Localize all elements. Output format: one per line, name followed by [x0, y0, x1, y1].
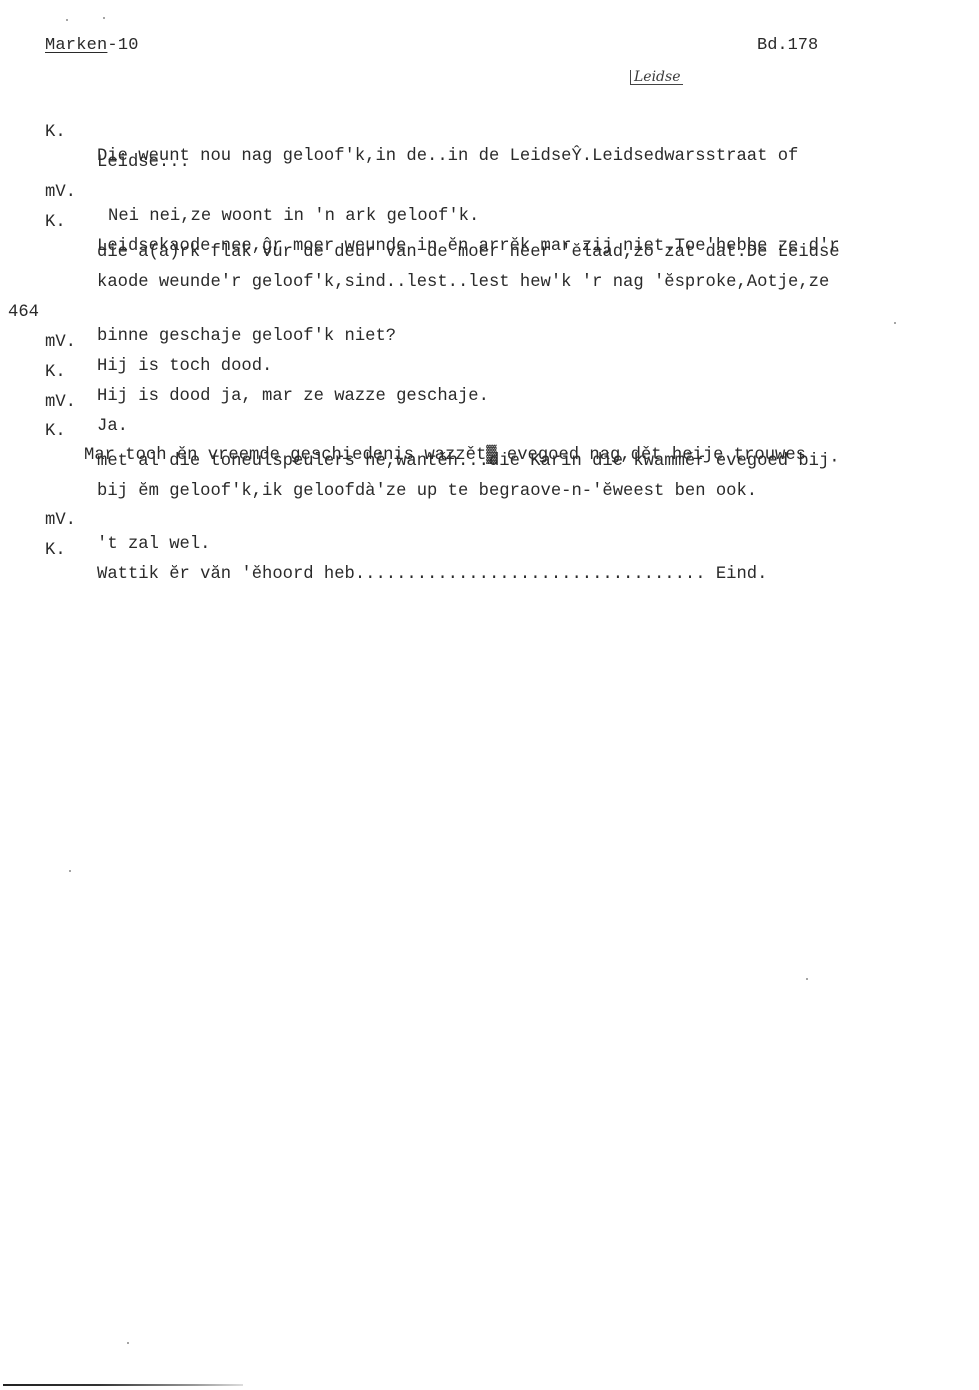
transcript-line: die a(a)rk flak vur de deur van de moer … — [0, 217, 41, 241]
scan-speck — [66, 19, 68, 21]
transcript-line: bij ĕm geloof'k,ik geloofdà'ze up te beg… — [0, 456, 41, 480]
title-suffix: -10 — [107, 36, 138, 55]
transcript-line: K. Mar toch ĕn vreemde geschiedenis wazz… — [0, 396, 41, 420]
scan-speck — [127, 1342, 129, 1344]
handwritten-correction: Leidse — [630, 70, 683, 85]
document-page: Marken-10 Bd.178 Leidse K. Die weunt nou… — [0, 0, 979, 1390]
line-text: Ja. — [97, 415, 128, 439]
transcript-line: mV. Nei nei,ze woont in 'n ark geloof'k. — [0, 157, 41, 181]
transcript-line: K. Wattik ĕr văn 'ĕhoord heb............… — [0, 515, 41, 539]
transcript-line: mV. Ja. — [0, 367, 41, 391]
transcript-line: 464 binne geschaje geloof'k niet? — [0, 277, 41, 301]
line-text: bij ĕm geloof'k,ik geloofdà'ze up te beg… — [97, 480, 757, 504]
line-text: 't zal wel. — [97, 533, 210, 557]
line-text: binne geschaje geloof'k niet? — [97, 325, 396, 349]
line-text: die a(a)rk flak vur de deur van de moer … — [97, 241, 840, 265]
transcript-line: met al die toneulspeulers hè,wantěh...di… — [0, 426, 41, 450]
transcript-line: mV. Hij is toch dood. — [0, 307, 41, 331]
transcript-line: Leidse... — [0, 127, 41, 151]
speaker-label: K. — [45, 420, 66, 444]
speaker-label: K. — [45, 211, 66, 235]
transcript-line: K. Leidsekaode nee,ĝr moer weunde in ĕn … — [0, 187, 41, 211]
line-text: Hij is toch dood. — [97, 355, 272, 379]
transcript-line: mV. 't zal wel. — [0, 485, 41, 509]
line-text: met al die toneulspeulers hè,wantěh...di… — [97, 450, 840, 474]
line-text: kaode weunde'r geloof'k,sind..lest..lest… — [97, 271, 829, 295]
footer-rule — [3, 1384, 243, 1386]
speaker-label: mV. — [45, 181, 76, 205]
title-underlined: Marken — [45, 36, 107, 55]
scan-speck — [806, 978, 808, 980]
transcript-line: K. Hij is dood ja, mar ze wazze geschaje… — [0, 337, 41, 361]
speaker-label: mV. — [45, 391, 76, 415]
transcript-line: kaode weunde'r geloof'k,sind..lest..lest… — [0, 247, 41, 271]
speaker-label: K. — [45, 361, 66, 385]
speaker-label: K. — [45, 539, 66, 563]
line-text: Die weunt nou nag geloof'k,in de..in de … — [97, 145, 798, 169]
speaker-label: mV. — [45, 509, 76, 533]
line-text: Nei nei,ze woont in 'n ark geloof'k. — [108, 205, 479, 229]
line-text: Hij is dood ja, mar ze wazze geschaje. — [97, 385, 489, 409]
scan-speck — [69, 870, 71, 872]
line-text: Leidse... — [97, 151, 190, 175]
document-title: Marken-10 — [45, 36, 139, 55]
line-text: Wattik ĕr văn 'ĕhoord heb...............… — [97, 563, 767, 587]
transcript-line: K. Die weunt nou nag geloof'k,in de..in … — [0, 97, 41, 121]
scan-speck — [894, 322, 896, 324]
speaker-label: mV. — [45, 331, 76, 355]
speaker-label: K. — [45, 121, 66, 145]
volume-reference: Bd.178 — [757, 36, 818, 55]
scan-speck — [103, 17, 105, 19]
